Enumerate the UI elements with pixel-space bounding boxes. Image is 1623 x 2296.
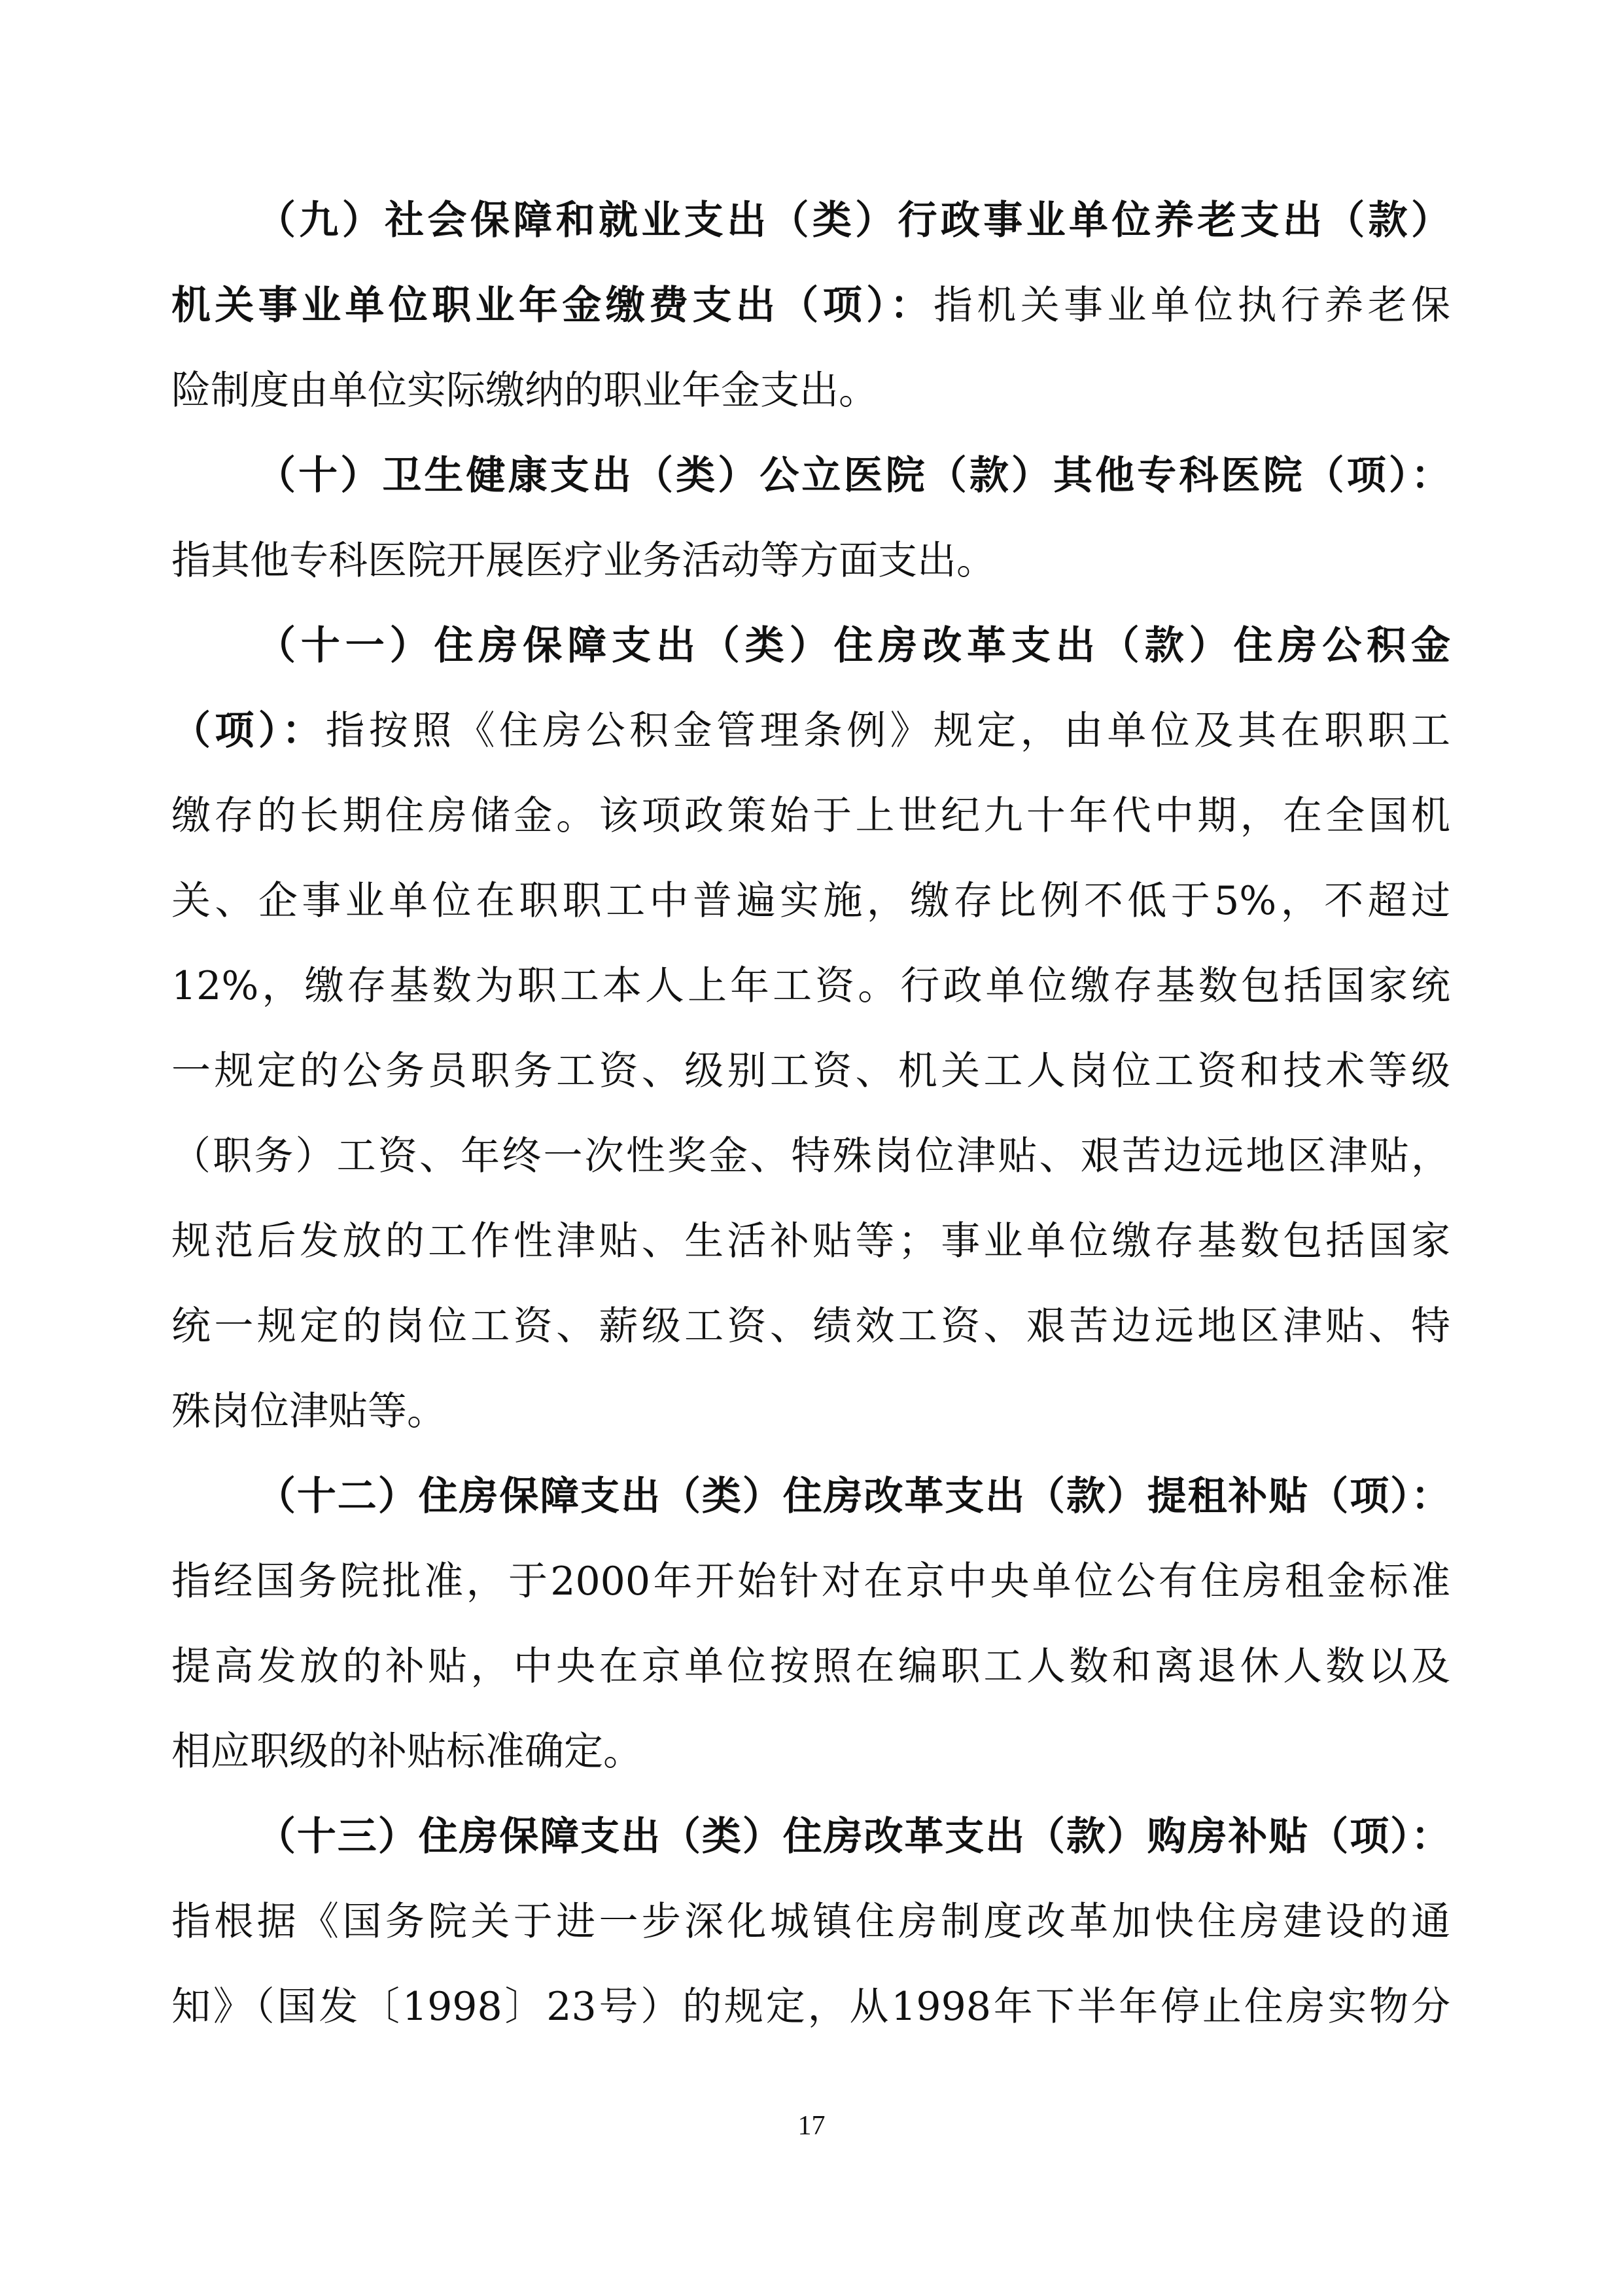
text-line: （十一）住房保障支出（类）住房改革支出（款）住房公积金 — [256, 616, 1450, 675]
body-text: 缴存的长期住房储金。该项政策始于上世纪九十年代中期，在全国机 — [171, 793, 1450, 839]
body-text: 关、企事业单位在职职工中普遍实施，缴存比例不低于5%，不超过 — [171, 878, 1450, 924]
text-line: （十二）住房保障支出（类）住房改革支出（款）提租补贴（项）： — [256, 1467, 1450, 1526]
text-line: 统一规定的岗位工资、薪级工资、绩效工资、艰苦边远地区津贴、特 — [171, 1297, 1450, 1356]
body-text: （职务）工资、年终一次性奖金、特殊岗位津贴、艰苦边远地区津贴， — [171, 1133, 1450, 1179]
text-line: 指根据《国务院关于进一步深化城镇住房制度改革加快住房建设的通 — [171, 1892, 1450, 1951]
body-text: 一规定的公务员职务工资、级别工资、机关工人岗位工资和技术等级 — [171, 1048, 1450, 1094]
text-line: （九）社会保障和就业支出（类）行政事业单位养老支出（款） — [256, 191, 1450, 250]
body-text: 指经国务院批准，于2000年开始针对在京中央单位公有住房租金标准 — [171, 1559, 1450, 1604]
text-line: 机关事业单位职业年金缴费支出（项）：指机关事业单位执行养老保 — [171, 276, 1450, 335]
body-text: 相应职级的补贴标准确定。 — [171, 1729, 642, 1775]
body-text: 统一规定的岗位工资、薪级工资、绩效工资、艰苦边远地区津贴、特 — [171, 1303, 1450, 1349]
body-text: 知》（国发〔1998〕23号）的规定，从1998年下半年停止住房实物分 — [171, 1984, 1450, 2030]
text-line: 指其他专科医院开展医疗业务活动等方面支出。 — [171, 531, 1450, 590]
body-text: 殊岗位津贴等。 — [171, 1388, 446, 1434]
text-line: 相应职级的补贴标准确定。 — [171, 1722, 1450, 1781]
heading-text: （十二）住房保障支出（类）住房改革支出（款）提租补贴（项）： — [256, 1474, 1450, 1519]
text-line: （十三）住房保障支出（类）住房改革支出（款）购房补贴（项）： — [256, 1807, 1450, 1866]
text-line: 知》（国发〔1998〕23号）的规定，从1998年下半年停止住房实物分 — [171, 1977, 1450, 2036]
heading-text: （十三）住房保障支出（类）住房改革支出（款）购房补贴（项）： — [256, 1814, 1450, 1860]
text-line: 险制度由单位实际缴纳的职业年金支出。 — [171, 361, 1450, 420]
body-text: 指按照《住房公积金管理条例》规定，由单位及其在职职工 — [326, 708, 1450, 754]
heading-text: 机关事业单位职业年金缴费支出（项）： — [171, 283, 934, 328]
heading-text: （十）卫生健康支出（类）公立医院（款）其他专科医院（项）： — [256, 453, 1450, 499]
text-line: （职务）工资、年终一次性奖金、特殊岗位津贴、艰苦边远地区津贴， — [171, 1127, 1450, 1186]
heading-text: （十一）住房保障支出（类）住房改革支出（款）住房公积金 — [256, 623, 1450, 669]
body-text: 指其他专科医院开展医疗业务活动等方面支出。 — [171, 538, 996, 584]
heading-text: （九）社会保障和就业支出（类）行政事业单位养老支出（款） — [256, 198, 1450, 243]
document-page: 17 （九）社会保障和就业支出（类）行政事业单位养老支出（款）机关事业单位职业年… — [0, 0, 1623, 2296]
heading-text: （项）： — [171, 708, 326, 754]
body-text: 提高发放的补贴，中央在京单位按照在编职工人数和离退休人数以及 — [171, 1644, 1450, 1689]
body-text: 指根据《国务院关于进一步深化城镇住房制度改革加快住房建设的通 — [171, 1899, 1450, 1945]
text-line: 殊岗位津贴等。 — [171, 1382, 1450, 1441]
page-number: 17 — [0, 2110, 1623, 2142]
text-line: 缴存的长期住房储金。该项政策始于上世纪九十年代中期，在全国机 — [171, 786, 1450, 845]
text-line: 规范后发放的工作性津贴、生活补贴等；事业单位缴存基数包括国家 — [171, 1212, 1450, 1271]
body-text: 规范后发放的工作性津贴、生活补贴等；事业单位缴存基数包括国家 — [171, 1218, 1450, 1264]
text-line: （十）卫生健康支出（类）公立医院（款）其他专科医院（项）： — [256, 446, 1450, 505]
body-text: 险制度由单位实际缴纳的职业年金支出。 — [171, 368, 878, 414]
body-text: 12%，缴存基数为职工本人上年工资。行政单位缴存基数包括国家统 — [171, 963, 1450, 1009]
text-line: （项）：指按照《住房公积金管理条例》规定，由单位及其在职职工 — [171, 701, 1450, 760]
text-line: 12%，缴存基数为职工本人上年工资。行政单位缴存基数包括国家统 — [171, 957, 1450, 1016]
text-line: 一规定的公务员职务工资、级别工资、机关工人岗位工资和技术等级 — [171, 1042, 1450, 1101]
text-line: 指经国务院批准，于2000年开始针对在京中央单位公有住房租金标准 — [171, 1552, 1450, 1611]
text-line: 提高发放的补贴，中央在京单位按照在编职工人数和离退休人数以及 — [171, 1637, 1450, 1696]
body-text: 指机关事业单位执行养老保 — [934, 283, 1450, 328]
text-line: 关、企事业单位在职职工中普遍实施，缴存比例不低于5%，不超过 — [171, 872, 1450, 930]
